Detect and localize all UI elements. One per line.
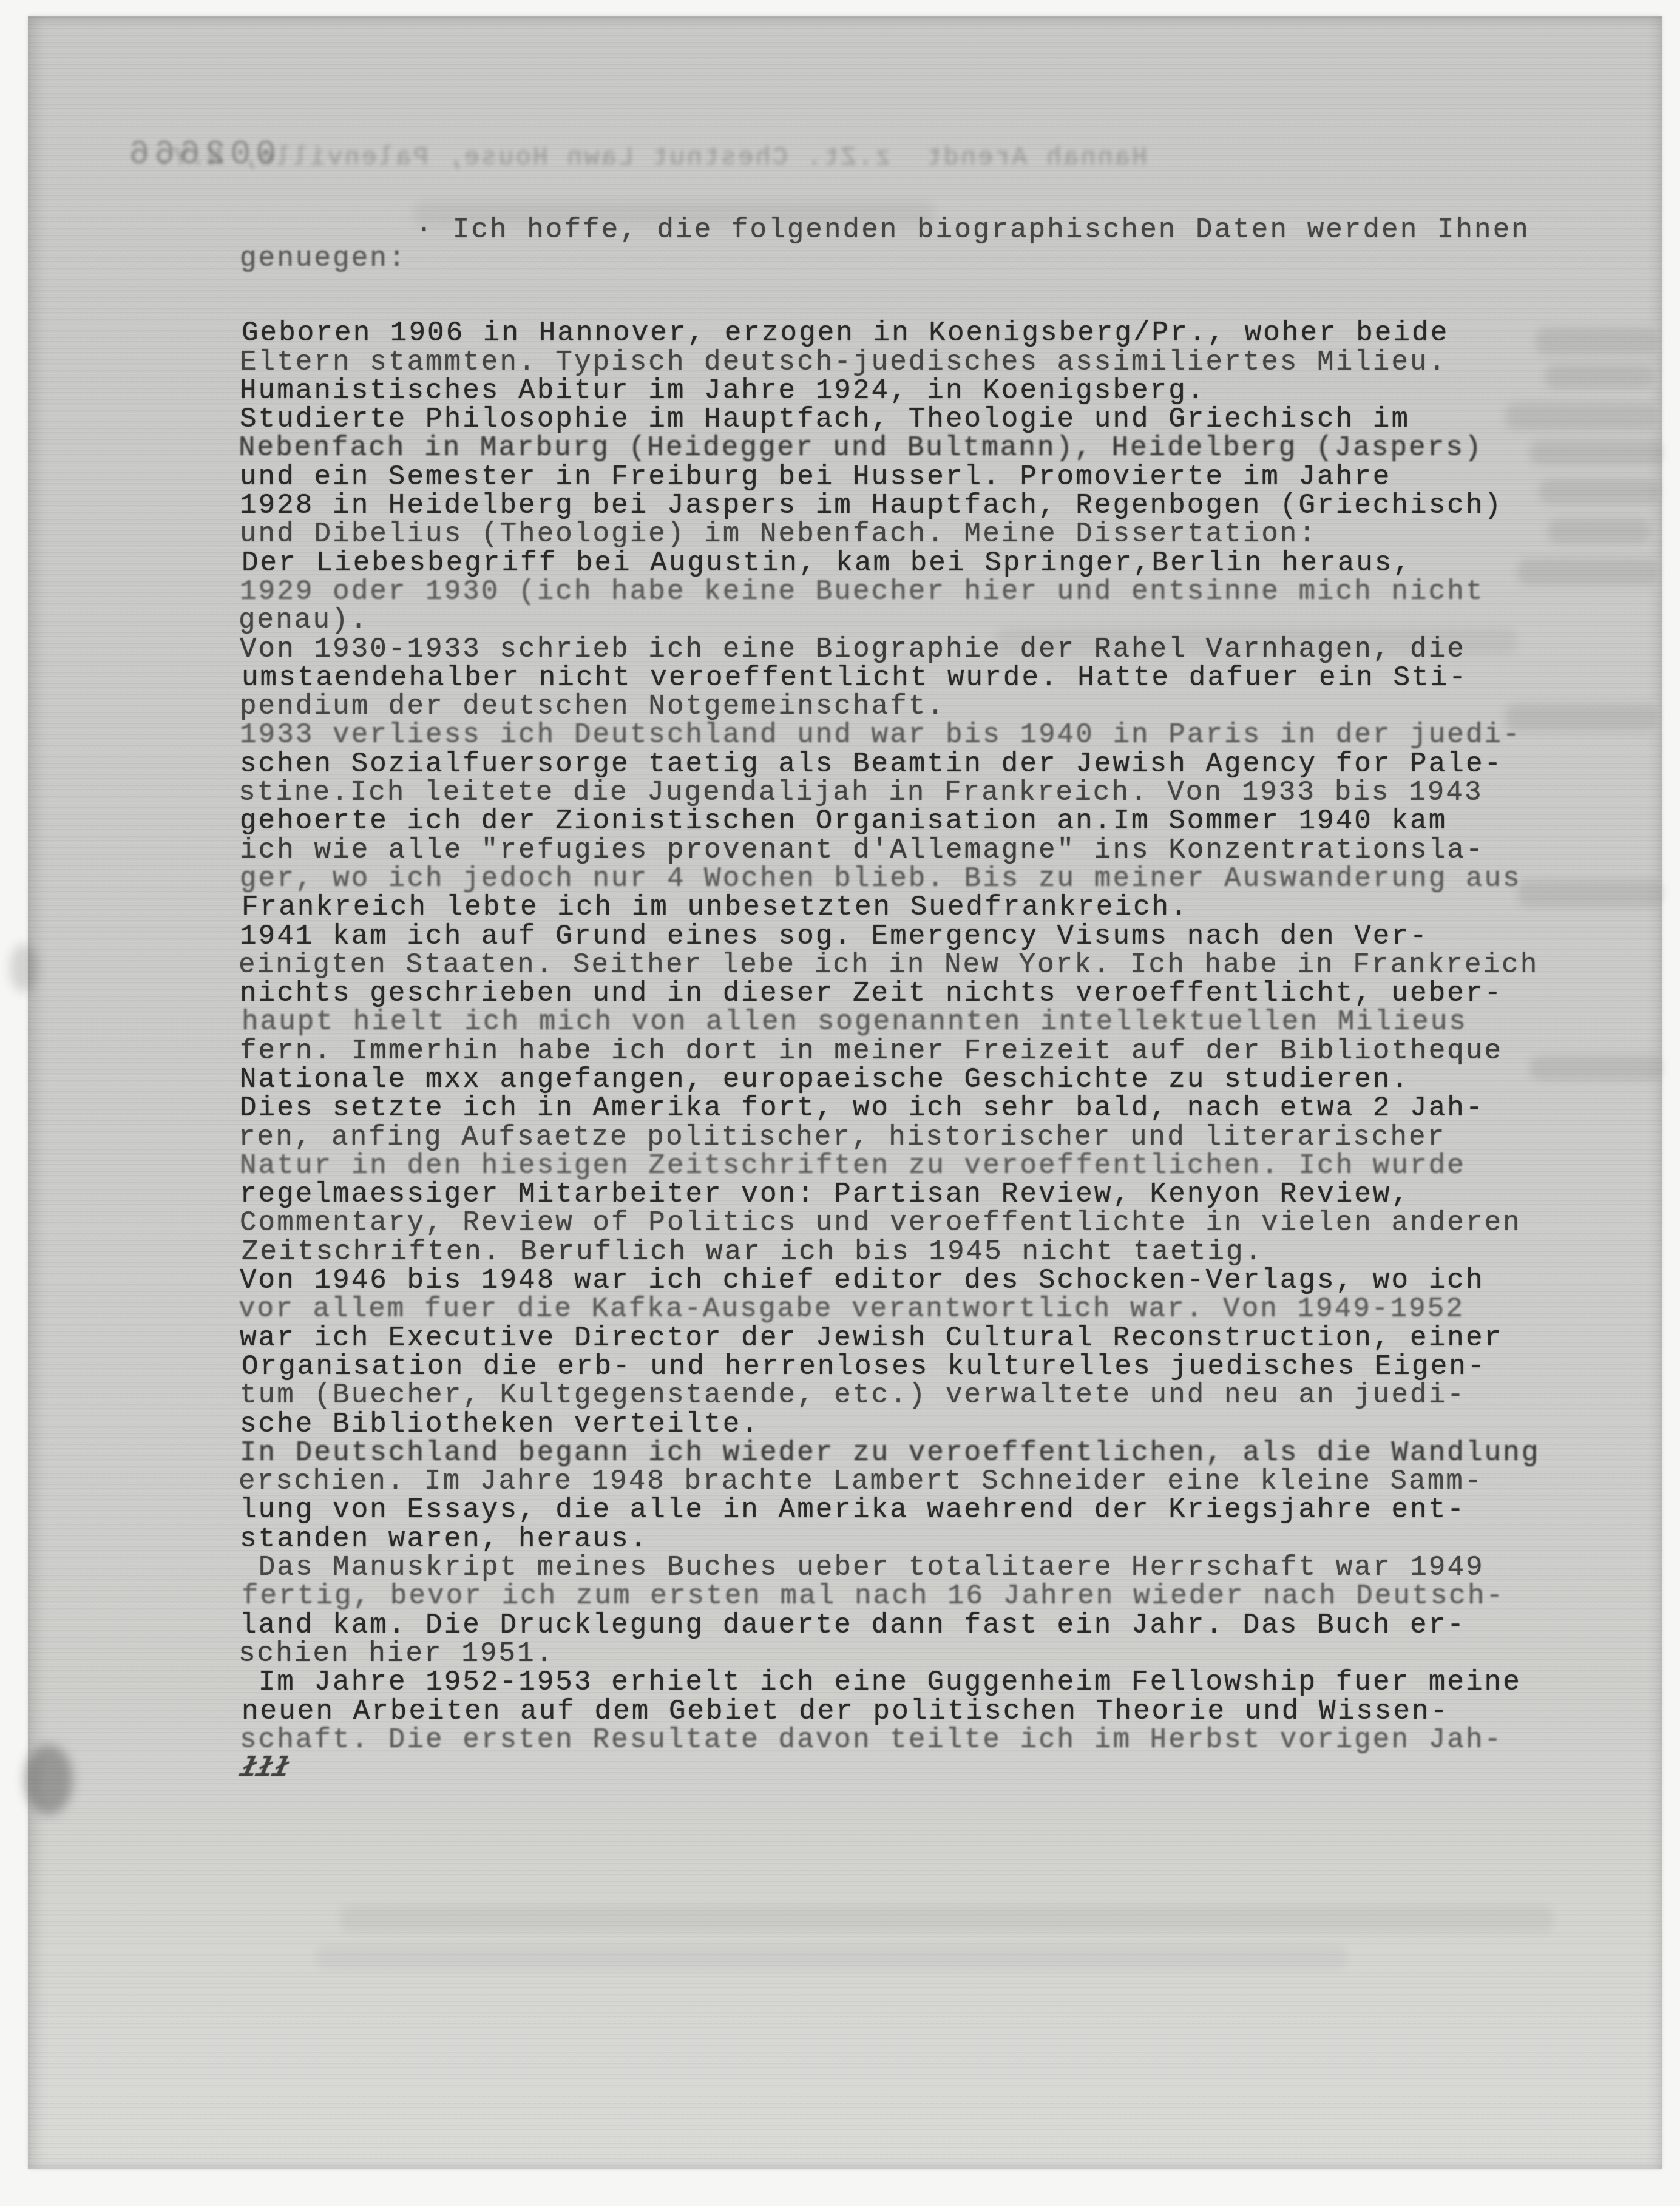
typewritten-line: Nationale mxx angefangen, europaeische G… [240, 1066, 1587, 1094]
typewritten-line: Im Jahre 1952-1953 erhielt ich eine Gugg… [240, 1668, 1587, 1697]
typewritten-line: erschien. Im Jahre 1948 brachte Lambert … [239, 1467, 1586, 1496]
typewritten-line: ren, anfing Aufsaetze politischer, histo… [239, 1123, 1586, 1152]
typewritten-line: Von 1930-1933 schrieb ich eine Biographi… [240, 635, 1587, 664]
typewritten-line: 1928 in Heidelberg bei Jaspers im Hauptf… [240, 492, 1587, 520]
typewritten-line: Humanistisches Abitur im Jahre 1924, in … [240, 377, 1587, 405]
typewritten-line: ger, wo ich jedoch nur 4 Wochen blieb. B… [240, 865, 1587, 893]
typewritten-line: Das Manuskript meines Buches ueber total… [240, 1554, 1587, 1582]
typewritten-line: standen waren, heraus. [240, 1525, 1587, 1554]
typewritten-line: schaft. Die ersten Resultate davon teilt… [240, 1726, 1587, 1754]
typewritten-line: łłł [237, 1754, 1590, 1783]
typewritten-line: regelmaessiger Mitarbeiter von: Partisan… [240, 1180, 1587, 1209]
typewritten-line: schen Sozialfuersorge taetig als Beamtin… [240, 750, 1587, 779]
typewritten-line: 1941 kam ich auf Grund eines sog. Emerge… [240, 922, 1587, 951]
bleedthrough-smudge [316, 1945, 1347, 1969]
typewritten-line: umstaendehalber nicht veroeffentlicht wu… [242, 664, 1589, 692]
typewritten-line: und Dibelius (Theologie) im Nebenfach. M… [240, 520, 1587, 549]
scanned-letter-page: 002666 Hannah Arendt z.Zt. Chestnut Lawn… [0, 0, 1680, 2206]
typewritten-line: tum (Buecher, Kultgegenstaende, etc.) ve… [240, 1381, 1587, 1410]
bleedthrough-smudge [340, 1906, 1554, 1932]
typewritten-line: fern. Immerhin habe ich dort in meiner F… [240, 1037, 1587, 1066]
typewritten-line: genuegen: [240, 245, 1587, 273]
typewritten-line: Frankreich lebte ich im unbesetzten Sued… [242, 893, 1589, 922]
letter-body: · Ich hoffe, die folgenden biographische… [240, 216, 1587, 1783]
typewritten-line: land kam. Die Drucklegung dauerte dann f… [240, 1611, 1587, 1640]
typewritten-line: schien hier 1951. [239, 1640, 1586, 1668]
typewritten-line: genau). [239, 606, 1586, 635]
typewritten-line: Natur in den hiesigen Zeitschriften zu v… [240, 1152, 1587, 1180]
typewritten-line: fertig, bevor ich zum ersten mal nach 16… [242, 1582, 1589, 1611]
typewritten-line: stine.Ich leitete die Jugendalijah in Fr… [239, 779, 1586, 807]
typewritten-line: Organisation die erb- und herrenloses ku… [242, 1353, 1589, 1381]
typewritten-line: vor allem fuer die Kafka-Ausgabe verantw… [239, 1295, 1586, 1324]
typewritten-line: und ein Semester in Freiburg bei Husserl… [240, 463, 1587, 492]
bleedthrough-address-line: Hannah Arendt z.Zt. Chestnut Lawn House,… [200, 143, 1147, 172]
typewritten-line: sche Bibliotheken verteilte. [240, 1410, 1587, 1439]
typewritten-line: Eltern stammten. Typisch deutsch-juedisc… [240, 348, 1587, 377]
typewritten-line: Studierte Philosophie im Hauptfach, Theo… [240, 405, 1587, 434]
typewritten-line: haupt hielt ich mich von allen sogenannt… [242, 1008, 1589, 1037]
typewritten-line: In Deutschland begann ich wieder zu vero… [240, 1439, 1587, 1467]
typewritten-line: nichts geschrieben und in dieser Zeit ni… [240, 980, 1587, 1008]
typewritten-line: ich wie alle "refugies provenant d'Allem… [240, 836, 1587, 865]
typewritten-line: Von 1946 bis 1948 war ich chief editor d… [240, 1267, 1587, 1295]
typewritten-line: 1929 oder 1930 (ich habe keine Buecher h… [240, 578, 1587, 606]
typewritten-line: einigten Staaten. Seither lebe ich in Ne… [239, 951, 1586, 980]
typewritten-line: Zeitschriften. Beruflich war ich bis 194… [242, 1238, 1589, 1267]
typewritten-line: Nebenfach in Marburg (Heidegger und Bult… [239, 434, 1586, 462]
ink-smudge [24, 1745, 73, 1815]
typewritten-line: gehoerte ich der Zionistischen Organisat… [240, 807, 1587, 836]
ink-smudge [10, 944, 38, 992]
typewritten-line: pendium der deutschen Notgemeinschaft. [240, 692, 1587, 721]
typewritten-line: Geboren 1906 in Hannover, erzogen in Koe… [242, 319, 1589, 348]
typewritten-line: lung von Essays, die alle in Amerika wae… [240, 1496, 1587, 1524]
typewritten-line: war ich Executive Director der Jewish Cu… [240, 1324, 1587, 1353]
typewritten-line: Dies setzte ich in Amerika fort, wo ich … [240, 1094, 1587, 1123]
typewritten-line: Commentary, Review of Politics und veroe… [240, 1209, 1587, 1237]
typewritten-line: · Ich hoffe, die folgenden biographische… [239, 216, 1586, 245]
typewritten-line: neuen Arbeiten auf dem Gebiet der politi… [242, 1697, 1589, 1726]
typewritten-line: Der Liebesbegriff bei Augustin, kam bei … [242, 549, 1589, 578]
typewritten-line: 1933 verliess ich Deutschland und war bi… [240, 721, 1587, 749]
